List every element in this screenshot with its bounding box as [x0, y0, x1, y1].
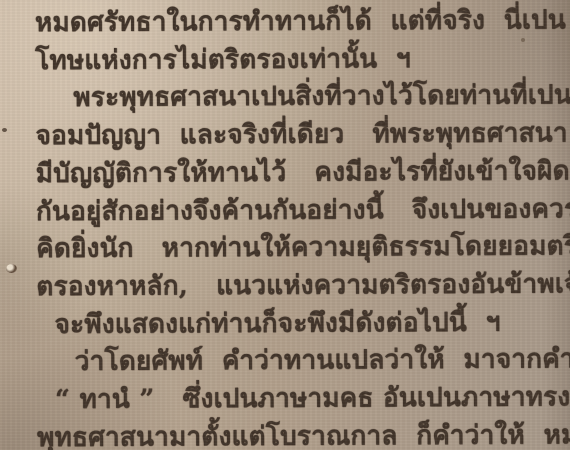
text-line: พุทธศาสนามาตั้งแต่โบราณกาล ก็คำว่าให้ หม…	[37, 416, 565, 450]
text-line: หมดศรัทธาในการทำทานก็ได้ แต่ที่จริง นี่เ…	[35, 1, 563, 42]
text-line: ว่าโดยศัพท์ คำว่าทานแปลว่าให้ มาจากคำว่า	[75, 341, 565, 382]
text-line: ตรองหาหลัก, แนวแห่งความตริตรองอันข้าพเจ้…	[36, 265, 564, 306]
text-line: “ ทานํ ” ซึ่งเปนภาษามคธ อันเปนภาษาทรงพระ	[55, 378, 565, 419]
scanned-page: หมดศรัทธาในการทำทานก็ได้ แต่ที่จริง นี่เ…	[0, 0, 570, 450]
text-line: คิดยิ่งนัก หากท่านให้ความยุติธรรมโดยยอมต…	[36, 227, 564, 268]
text-line: โทษแห่งการไม่ตริตรองเท่านั้น ฯ	[35, 39, 563, 80]
text-line: จะพึงแสดงแก่ท่านก็จะพึงมีดังต่อไปนี้ ฯ	[54, 303, 564, 344]
page-text-block: หมดศรัทธาในการทำทานก็ได้ แต่ที่จริง นี่เ…	[0, 0, 570, 450]
text-line: จอมปัญญา และจริงที่เดียว ที่พระพุทธศาสนา	[35, 114, 563, 155]
text-line: มีบัญญัติการให้ทานไว้ คงมีอะไรที่ยังเข้า…	[36, 152, 564, 193]
text-line: กันอยู่สักอย่างจึงค้านกันอย่างนี้ จึงเปน…	[36, 190, 564, 231]
text-line: พระพุทธศาสนาเปนสิ่งที่วางไว้โดยท่านที่เป…	[73, 77, 563, 118]
